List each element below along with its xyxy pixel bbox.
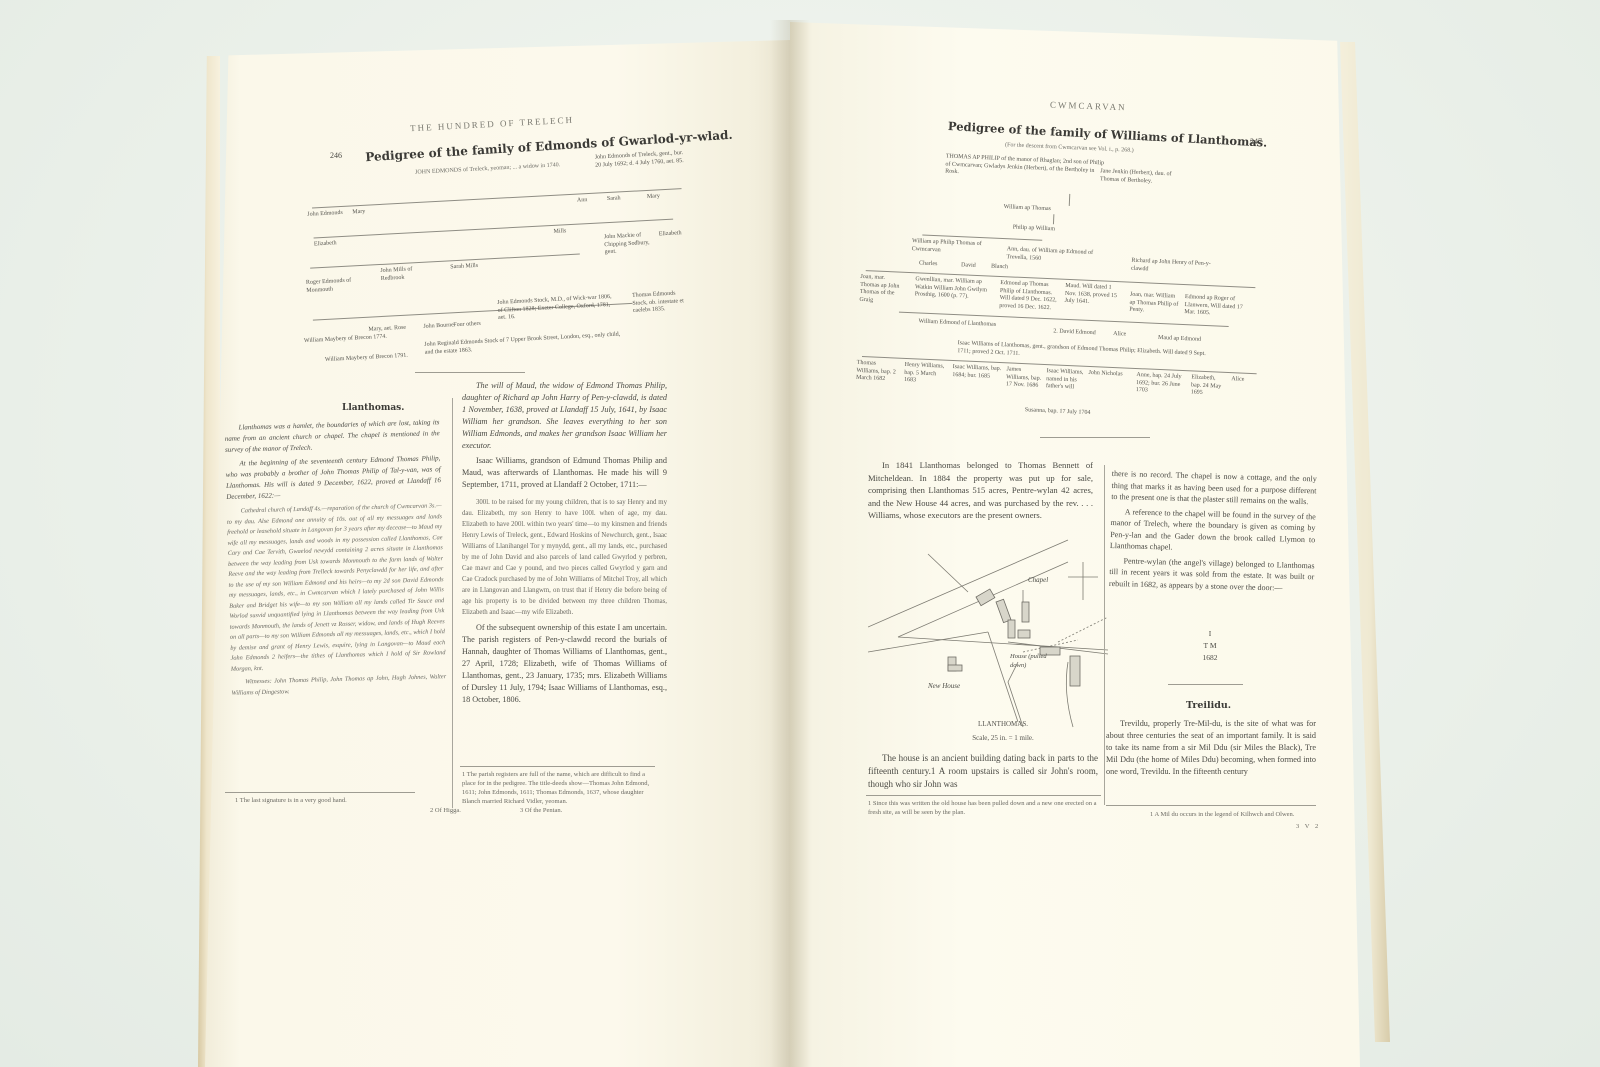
left-col2-footnote-rule [460, 766, 655, 767]
right-pedigree-tree: THOMAS AP PHILIP of the manor of Rhaglan… [854, 150, 1275, 438]
plan-caption-scale: Scale, 25 in. = 1 mile. [948, 734, 1058, 742]
left-column-2: The will of Maud, the widow of Edmond Th… [462, 380, 667, 709]
left-col1-footnote-rule [225, 792, 415, 793]
right-col2-divider [1168, 684, 1243, 685]
left-col2-footnote-3: 3 Of the Pentan. [520, 806, 562, 815]
inscription-line-2: T M [1195, 640, 1225, 652]
open-book: THE HUNDRED OF TRELECH 246 Pedigree of t… [0, 0, 1600, 1067]
right-col2-para-3: Pentre-wylan (the angel's village) belon… [1109, 554, 1315, 594]
right-col2-footnote: 1 A Mil du occurs in the legend of Kilhw… [1150, 810, 1294, 819]
right-col1-footnote-rule [866, 795, 1101, 796]
left-tree-divider [415, 372, 525, 373]
right-col1-para-1: In 1841 Llanthomas belonged to Thomas Be… [868, 459, 1093, 522]
left-page-number: 246 [330, 150, 342, 162]
right-column-divider [1104, 465, 1105, 805]
left-col1-para-2: At the beginning of the seventeenth cent… [225, 453, 441, 503]
right-column-1-top: In 1841 Llanthomas belonged to Thomas Be… [868, 459, 1093, 525]
left-pedigree-tree: John Edmonds of Treleck, gent., bur. 20 … [295, 150, 695, 370]
left-col1-will-quote: Cathedral church of Landaff 4s.—reparati… [227, 501, 446, 675]
plan-caption-title: LLANTHOMAS. [948, 720, 1058, 728]
signature-mark: 3 V 2 [1296, 822, 1320, 831]
book-gutter [770, 20, 810, 1067]
right-section-heading: Treilidu. [1186, 700, 1231, 712]
plan-drawing [868, 532, 1108, 732]
plan-label-chapel: Chapel [1028, 574, 1048, 586]
right-col2-para-1: there is no record. The chapel is now a … [1111, 468, 1317, 508]
left-column-1: Llanthomas was a hamlet, the boundaries … [224, 417, 446, 702]
left-col2-footnote-2: 2 Of Higga. [430, 806, 461, 815]
left-section-heading: Llanthomas. [342, 402, 404, 414]
plan-label-new-house: New House [928, 680, 960, 692]
inscription-line-3: 1682 [1195, 652, 1225, 664]
left-col1-witnesses: Witnesses: John Thomas Philip, John Thom… [231, 672, 446, 699]
right-col1-para-2: The house is an ancient building dating … [868, 752, 1098, 791]
door-inscription: I T M 1682 [1195, 628, 1225, 664]
right-page-number: 247 [1250, 136, 1262, 148]
inscription-line-1: I [1195, 628, 1225, 640]
left-col1-para-1: Llanthomas was a hamlet, the boundaries … [224, 417, 440, 456]
right-tree-divider [1040, 437, 1150, 438]
right-column-2-bottom: Trevildu, properly Tre-Mil-du, is the si… [1106, 718, 1316, 781]
right-col2-para-2: A reference to the chapel will be found … [1110, 505, 1316, 556]
llanthomas-plan-map: Chapel House (pulled down) New House LLA… [868, 532, 1108, 732]
left-col1-footnote: 1 The last signature is in a very good h… [235, 796, 347, 805]
left-col2-para-2: Isaac Williams, grandson of Edmund Thoma… [462, 455, 667, 491]
left-col2-para-3: Of the subsequent ownership of this esta… [462, 622, 667, 706]
left-column-divider [452, 398, 453, 808]
left-col2-para-1: The will of Maud, the widow of Edmond Th… [462, 380, 667, 452]
right-col1-footnote: 1 Since this was written the old house h… [868, 799, 1100, 817]
right-column-2: there is no record. The chapel is now a … [1109, 468, 1317, 597]
right-column-1-bottom: The house is an ancient building dating … [868, 752, 1098, 794]
right-col2-footnote-rule [1106, 805, 1316, 806]
left-col2-will-quote: 300l. to be raised for my young children… [462, 497, 667, 618]
right-col2-para-4: Trevildu, properly Tre-Mil-du, is the si… [1106, 718, 1316, 778]
plan-label-house: House (pulled down) [1010, 652, 1060, 670]
left-col2-footnote-1: 1 The parish registers are full of the n… [462, 770, 657, 806]
